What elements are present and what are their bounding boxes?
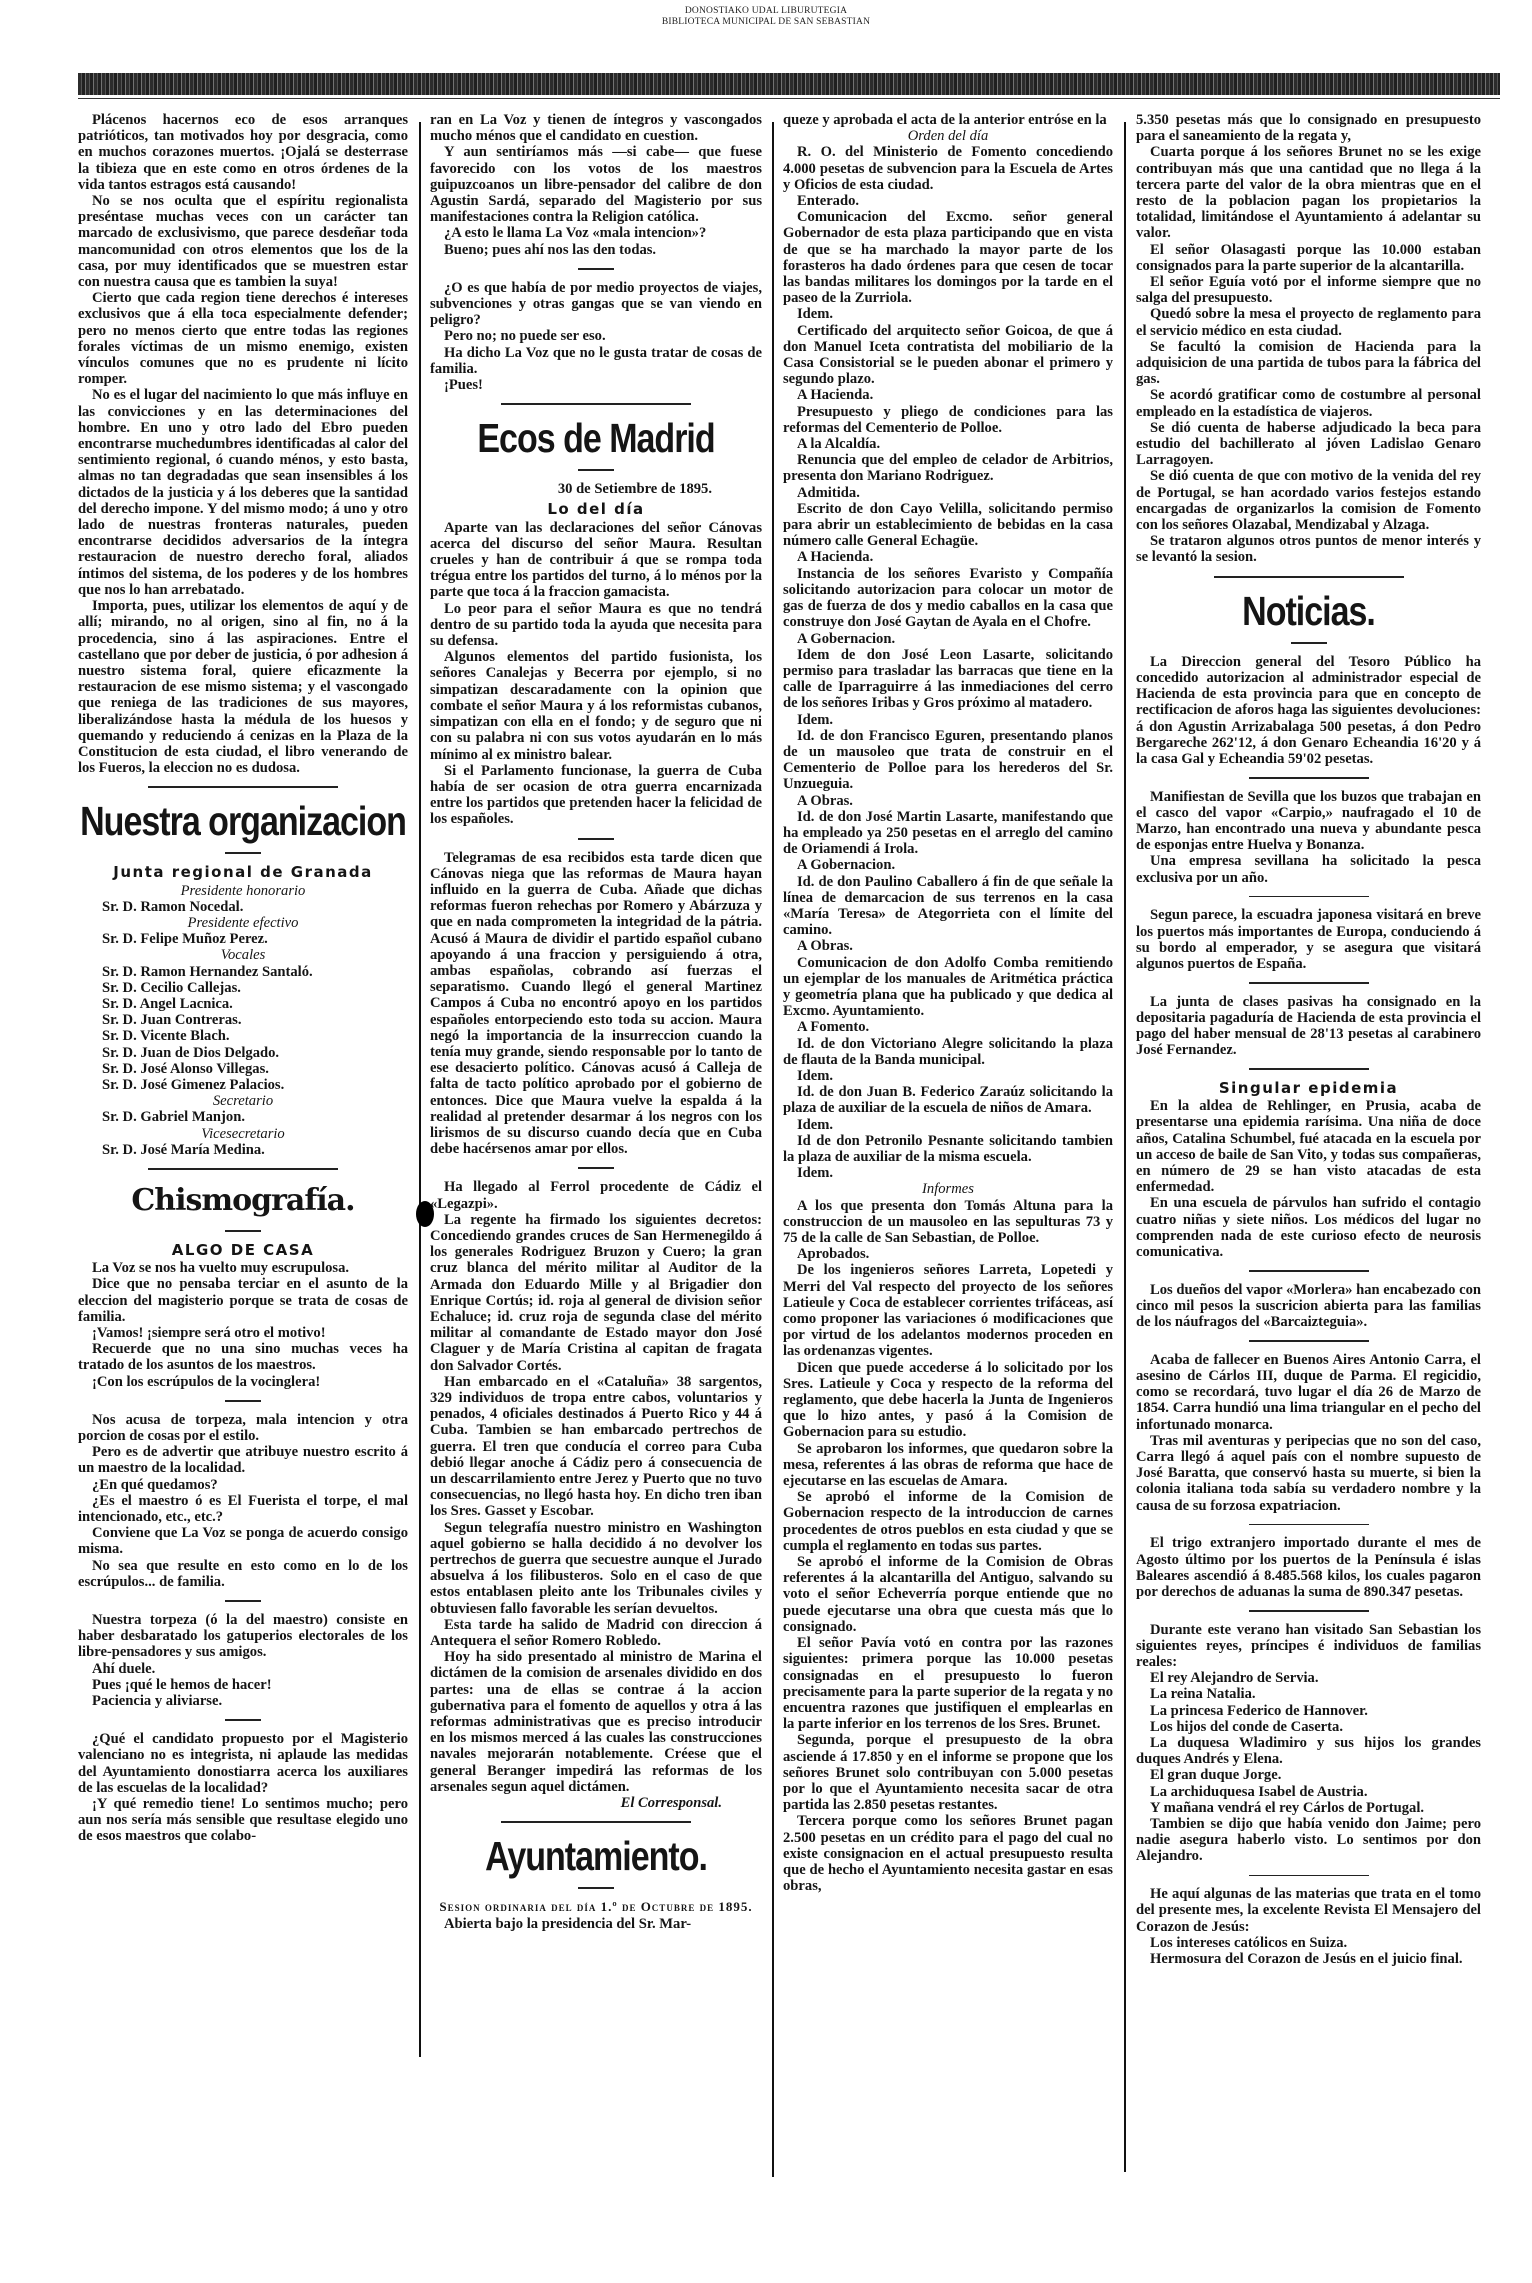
paragraph: ¿Es el maestro ó es El Fuerista el torpe…: [78, 1493, 408, 1525]
separator-rule: [1249, 1340, 1369, 1342]
paragraph: Idem.: [783, 1165, 1113, 1181]
paragraph: ¡Y qué remedio tiene! Lo sentimos mucho;…: [78, 1796, 408, 1845]
library-header-spanish: BIBLIOTECA MUNICIPAL DE SAN SEBASTIAN: [0, 17, 1532, 28]
column-2: ran en La Voz y tienen de íntegros y vas…: [430, 112, 762, 1932]
paragraph: Id. de don Paulino Caballero á fin de qu…: [783, 874, 1113, 939]
paragraph: Instancia de los señores Evaristo y Comp…: [783, 566, 1113, 631]
paragraph: Tras mil aventuras y peripecias que no s…: [1136, 1433, 1481, 1514]
paragraph: ¡Vamos! ¡siempre será otro el motivo!: [78, 1325, 408, 1341]
paragraph: El gran duque Jorge.: [1136, 1767, 1481, 1783]
section-heading: Ayuntamiento.: [430, 1833, 762, 1881]
separator-rule: [148, 786, 338, 788]
paragraph: ¡Con los escrúpulos de la vocinglera!: [78, 1374, 408, 1390]
separator-rule: [1214, 576, 1404, 578]
paragraph: Pues ¡qué le hemos de hacer!: [78, 1677, 408, 1693]
member-name: Sr. D. José Alonso Villegas.: [78, 1061, 408, 1077]
separator-rule: [225, 1600, 261, 1602]
paragraph: Cierto que cada region tiene derechos é …: [78, 290, 408, 387]
paragraph: Se dió cuenta de haberse adjudicado la b…: [1136, 420, 1481, 469]
separator-rule: [1249, 896, 1369, 898]
paragraph: Nuestra torpeza (ó la del maestro) consi…: [78, 1612, 408, 1661]
section-heading: Ecos de Madrid: [430, 415, 762, 463]
paragraph: Presupuesto y pliego de condiciones para…: [783, 404, 1113, 436]
paragraph: Id de don Petronilo Pesnante solicitando…: [783, 1133, 1113, 1165]
paragraph: ¡Pues!: [430, 377, 762, 393]
separator-rule: [1291, 642, 1327, 644]
paragraph-continued: ran en La Voz y tienen de íntegros y vas…: [430, 112, 762, 144]
section-heading: Nuestra organizacion: [78, 798, 408, 846]
paragraph: A Obras.: [783, 938, 1113, 954]
paragraph: Se aprobaron los informes, que quedaron …: [783, 1441, 1113, 1490]
paragraph: Dice que no pensaba terciar en el asunto…: [78, 1276, 408, 1325]
role-label: Presidente honorario: [78, 883, 408, 899]
paragraph: Conviene que La Voz se ponga de acuerdo …: [78, 1525, 408, 1557]
paragraph: Aprobados.: [783, 1246, 1113, 1262]
separator-rule: [501, 1821, 691, 1823]
paragraph: Comunicacion del Excmo. señor general Go…: [783, 209, 1113, 306]
newspaper-page: Plácenos hacernos eco de esos arranques …: [78, 112, 1508, 2272]
paragraph: La reina Natalia.: [1136, 1686, 1481, 1702]
member-name: Sr. D. Ramon Hernandez Santaló.: [78, 964, 408, 980]
paragraph: Nos acusa de torpeza, mala intencion y o…: [78, 1412, 408, 1444]
paragraph: Y aun sentiríamos más —si cabe— que fues…: [430, 144, 762, 225]
paragraph: La Voz se nos ha vuelto muy escrupulosa.: [78, 1260, 408, 1276]
paragraph: La archiduquesa Isabel de Austria.: [1136, 1784, 1481, 1800]
paragraph: Escrito de don Cayo Velilla, solicitando…: [783, 501, 1113, 550]
paragraph: Ahí duele.: [78, 1661, 408, 1677]
paragraph: Quedó sobre la mesa el proyecto de regla…: [1136, 306, 1481, 338]
paragraph: ¿O es que había de por medio proyectos d…: [430, 280, 762, 329]
separator-rule: [1249, 777, 1369, 779]
subheading: Lo del día: [430, 501, 762, 517]
paragraph: En una escuela de párvulos han sufrido e…: [1136, 1195, 1481, 1260]
paragraph: Hermosura del Corazon de Jesús en el jui…: [1136, 1951, 1481, 1967]
paragraph: Renuncia que del empleo de celador de Ar…: [783, 452, 1113, 484]
separator-rule: [578, 469, 614, 471]
paragraph: Abierta bajo la presidencia del Sr. Mar-: [430, 1916, 762, 1932]
paragraph: Idem.: [783, 1068, 1113, 1084]
paragraph: ¿En qué quedamos?: [78, 1477, 408, 1493]
paragraph: Se acordó gratificar como de costumbre a…: [1136, 387, 1481, 419]
separator-rule: [1249, 982, 1369, 984]
column-1: Plácenos hacernos eco de esos arranques …: [78, 112, 408, 1845]
member-name: Sr. D. Felipe Muñoz Perez.: [78, 931, 408, 947]
paragraph: Id. de don Francisco Eguren, presentando…: [783, 728, 1113, 793]
dateline: 30 de Setiembre de 1895.: [430, 481, 762, 497]
separator-rule: [1249, 1270, 1369, 1272]
subheading: ALGO DE CASA: [78, 1242, 408, 1258]
paragraph: Plácenos hacernos eco de esos arranques …: [78, 112, 408, 193]
role-label: Vicesecretario: [78, 1126, 408, 1142]
paragraph: Algunos elementos del partido fusionista…: [430, 649, 762, 762]
paragraph: Tambien se dijo que había venido don Jai…: [1136, 1816, 1481, 1865]
paragraph: No sea que resulte en esto como en lo de…: [78, 1558, 408, 1590]
member-name: Sr. D. Juan de Dios Delgado.: [78, 1045, 408, 1061]
masthead-scan-band: [78, 73, 1500, 95]
paragraph: A Fomento.: [783, 1019, 1113, 1035]
separator-rule: [225, 852, 261, 854]
paragraph: No se nos oculta que el espíritu regiona…: [78, 193, 408, 290]
paragraph: Los intereses católicos en Suiza.: [1136, 1935, 1481, 1951]
paragraph: El señor Pavía votó en contra por las ra…: [783, 1635, 1113, 1732]
paragraph: Ha llegado al Ferrol procedente de Cádiz…: [430, 1179, 762, 1211]
paragraph: R. O. del Ministerio de Fomento concedie…: [783, 144, 1113, 193]
subheading: Singular epidemia: [1136, 1080, 1481, 1096]
paragraph: He aquí algunas de las materias que trat…: [1136, 1886, 1481, 1935]
paragraph: De los ingenieros señores Larreta, Lopet…: [783, 1262, 1113, 1359]
paragraph: En la aldea de Rehlinger, en Prusia, aca…: [1136, 1098, 1481, 1195]
paragraph: Si el Parlamento funcionase, la guerra d…: [430, 763, 762, 828]
role-label: Informes: [783, 1181, 1113, 1197]
member-name: Sr. D. José Gimenez Palacios.: [78, 1077, 408, 1093]
member-name: Sr. D. Angel Lacnica.: [78, 996, 408, 1012]
paragraph: Recuerde que no una sino muchas veces ha…: [78, 1341, 408, 1373]
column-rule: [1124, 122, 1126, 2172]
paragraph: ¿A esto le llama La Voz «mala intencion»…: [430, 225, 762, 241]
column-rule: [772, 122, 774, 2177]
library-header-basque: DONOSTIAKO UDAL LIBURUTEGIA: [0, 6, 1532, 17]
paragraph: Segun telegrafía nuestro ministro en Was…: [430, 1520, 762, 1617]
role-label: Vocales: [78, 947, 408, 963]
member-name: Sr. D. Cecilio Callejas.: [78, 980, 408, 996]
paragraph: Id. de don Victoriano Alegre solicitando…: [783, 1036, 1113, 1068]
separator-rule: [578, 1167, 614, 1169]
paragraph-continued: 5.350 pesetas más que lo consignado en p…: [1136, 112, 1481, 144]
paragraph: Se trataron algunos otros puntos de meno…: [1136, 533, 1481, 565]
paragraph: A la Alcaldía.: [783, 436, 1113, 452]
paragraph: Durante este verano han visitado San Seb…: [1136, 1622, 1481, 1671]
member-name: Sr. D. Vicente Blach.: [78, 1028, 408, 1044]
paragraph: Idem.: [783, 1117, 1113, 1133]
member-name: Sr. D. Gabriel Manjon.: [78, 1109, 408, 1125]
paragraph: El señor Eguía votó por el informe siemp…: [1136, 274, 1481, 306]
separator-rule: [578, 1887, 614, 1889]
paragraph: Certificado del arquitecto señor Goicoa,…: [783, 323, 1113, 388]
paragraph-continued: queze y aprobada el acta de la anterior …: [783, 112, 1113, 128]
paragraph: Paciencia y aliviarse.: [78, 1693, 408, 1709]
subheading: Junta regional de Granada: [78, 864, 408, 880]
member-name: Sr. D. José María Medina.: [78, 1142, 408, 1158]
separator-rule: [148, 1168, 338, 1170]
separator-rule: [225, 1400, 261, 1402]
paragraph: Segunda, porque el presupuesto de la obr…: [783, 1732, 1113, 1813]
paragraph: Enterado.: [783, 193, 1113, 209]
paragraph: A Hacienda.: [783, 549, 1113, 565]
masthead-rule: [78, 98, 1500, 99]
paragraph: A Gobernacion.: [783, 857, 1113, 873]
library-header: DONOSTIAKO UDAL LIBURUTEGIA BIBLIOTECA M…: [0, 6, 1532, 28]
section-heading-blackletter: Chismografía.: [78, 1182, 408, 1220]
separator-rule: [225, 1230, 261, 1232]
paragraph: Ha dicho La Voz que no le gusta tratar d…: [430, 345, 762, 377]
paragraph: Manifiestan de Sevilla que los buzos que…: [1136, 789, 1481, 854]
member-name: Sr. D. Juan Contreras.: [78, 1012, 408, 1028]
paragraph: Importa, pues, utilizar los elementos de…: [78, 598, 408, 776]
paragraph: A Obras.: [783, 793, 1113, 809]
paragraph: Se aprobó el informe de la Comision de O…: [783, 1554, 1113, 1635]
paragraph: Pero es de advertir que atribuye nuestro…: [78, 1444, 408, 1476]
separator-rule: [1249, 1068, 1369, 1070]
paragraph: Han embarcado en el «Cataluña» 38 sargen…: [430, 1374, 762, 1520]
paragraph: Comunicacion de don Adolfo Comba remitie…: [783, 955, 1113, 1020]
paragraph: Segun parece, la escuadra japonesa visit…: [1136, 907, 1481, 972]
paragraph: Aparte van las declaraciones del señor C…: [430, 520, 762, 601]
paragraph: El señor Olasagasti porque las 10.000 es…: [1136, 242, 1481, 274]
role-label: Secretario: [78, 1093, 408, 1109]
signature: El Corresponsal.: [430, 1795, 762, 1811]
separator-rule: [225, 1719, 261, 1721]
paragraph: El rey Alejandro de Servia.: [1136, 1670, 1481, 1686]
paragraph: Idem.: [783, 306, 1113, 322]
paragraph: La duquesa Wladimiro y sus hijos los gra…: [1136, 1735, 1481, 1767]
paragraph: Y mañana vendrá el rey Cárlos de Portuga…: [1136, 1800, 1481, 1816]
paragraph: Dicen que puede accederse á lo solicitad…: [783, 1360, 1113, 1441]
role-label: Presidente efectivo: [78, 915, 408, 931]
paragraph: Esta tarde ha salido de Madrid con direc…: [430, 1617, 762, 1649]
session-title: Sesion ordinaria del día 1.º de Octubre …: [430, 1899, 762, 1915]
paragraph: Pero no; no puede ser eso.: [430, 328, 762, 344]
column-4: 5.350 pesetas más que lo consignado en p…: [1136, 112, 1481, 1967]
separator-rule: [578, 838, 614, 840]
paragraph: Admitida.: [783, 485, 1113, 501]
paragraph: Hoy ha sido presentado al ministro de Ma…: [430, 1649, 762, 1795]
paragraph: Telegramas de esa recibidos esta tarde d…: [430, 850, 762, 1158]
paragraph: Bueno; pues ahí nos las den todas.: [430, 242, 762, 258]
paragraph: Cuarta porque á los señores Brunet no se…: [1136, 144, 1481, 241]
paragraph: Se dió cuenta de que con motivo de la ve…: [1136, 468, 1481, 533]
section-heading: Noticias.: [1136, 588, 1481, 636]
separator-rule: [578, 268, 614, 270]
member-name: Sr. D. Ramon Nocedal.: [78, 899, 408, 915]
role-label: Orden del día: [783, 128, 1113, 144]
separator-rule: [501, 403, 691, 405]
paragraph: El trigo extranjero importado durante el…: [1136, 1535, 1481, 1600]
paragraph: La Direccion general del Tesoro Público …: [1136, 654, 1481, 767]
column-rule: [419, 122, 421, 2057]
paragraph: A los que presenta don Tomás Altuna para…: [783, 1198, 1113, 1247]
paragraph: Se facultó la comision de Hacienda para …: [1136, 339, 1481, 388]
separator-rule: [1249, 1524, 1369, 1526]
paragraph: A Hacienda.: [783, 387, 1113, 403]
paragraph: La princesa Federico de Hannover.: [1136, 1703, 1481, 1719]
paragraph: No es el lugar del nacimiento lo que más…: [78, 387, 408, 598]
paragraph: Se aprobó el informe de la Comision de G…: [783, 1489, 1113, 1554]
paragraph: Tercera porque como los señores Brunet p…: [783, 1813, 1113, 1894]
paragraph: Id. de don José Martin Lasarte, manifest…: [783, 809, 1113, 858]
paragraph: Lo peor para el señor Maura es que no te…: [430, 601, 762, 650]
separator-rule: [1249, 1610, 1369, 1612]
paragraph: La junta de clases pasivas ha consignado…: [1136, 994, 1481, 1059]
paragraph: Idem de don José Leon Lasarte, solicitan…: [783, 647, 1113, 712]
paragraph: Idem.: [783, 712, 1113, 728]
paragraph: Una empresa sevillana ha solicitado la p…: [1136, 853, 1481, 885]
column-3: queze y aprobada el acta de la anterior …: [783, 112, 1113, 1894]
paragraph: Id. de don Juan B. Federico Zaraúz solic…: [783, 1084, 1113, 1116]
paragraph: A Gobernacion.: [783, 631, 1113, 647]
paragraph: Acaba de fallecer en Buenos Aires Antoni…: [1136, 1352, 1481, 1433]
separator-rule: [1249, 1875, 1369, 1877]
paragraph: Los hijos del conde de Caserta.: [1136, 1719, 1481, 1735]
paragraph: ¿Qué el candidato propuesto por el Magis…: [78, 1731, 408, 1796]
paragraph: Los dueños del vapor «Morlera» han encab…: [1136, 1282, 1481, 1331]
paragraph: La regente ha firmado los siguientes dec…: [430, 1212, 762, 1374]
